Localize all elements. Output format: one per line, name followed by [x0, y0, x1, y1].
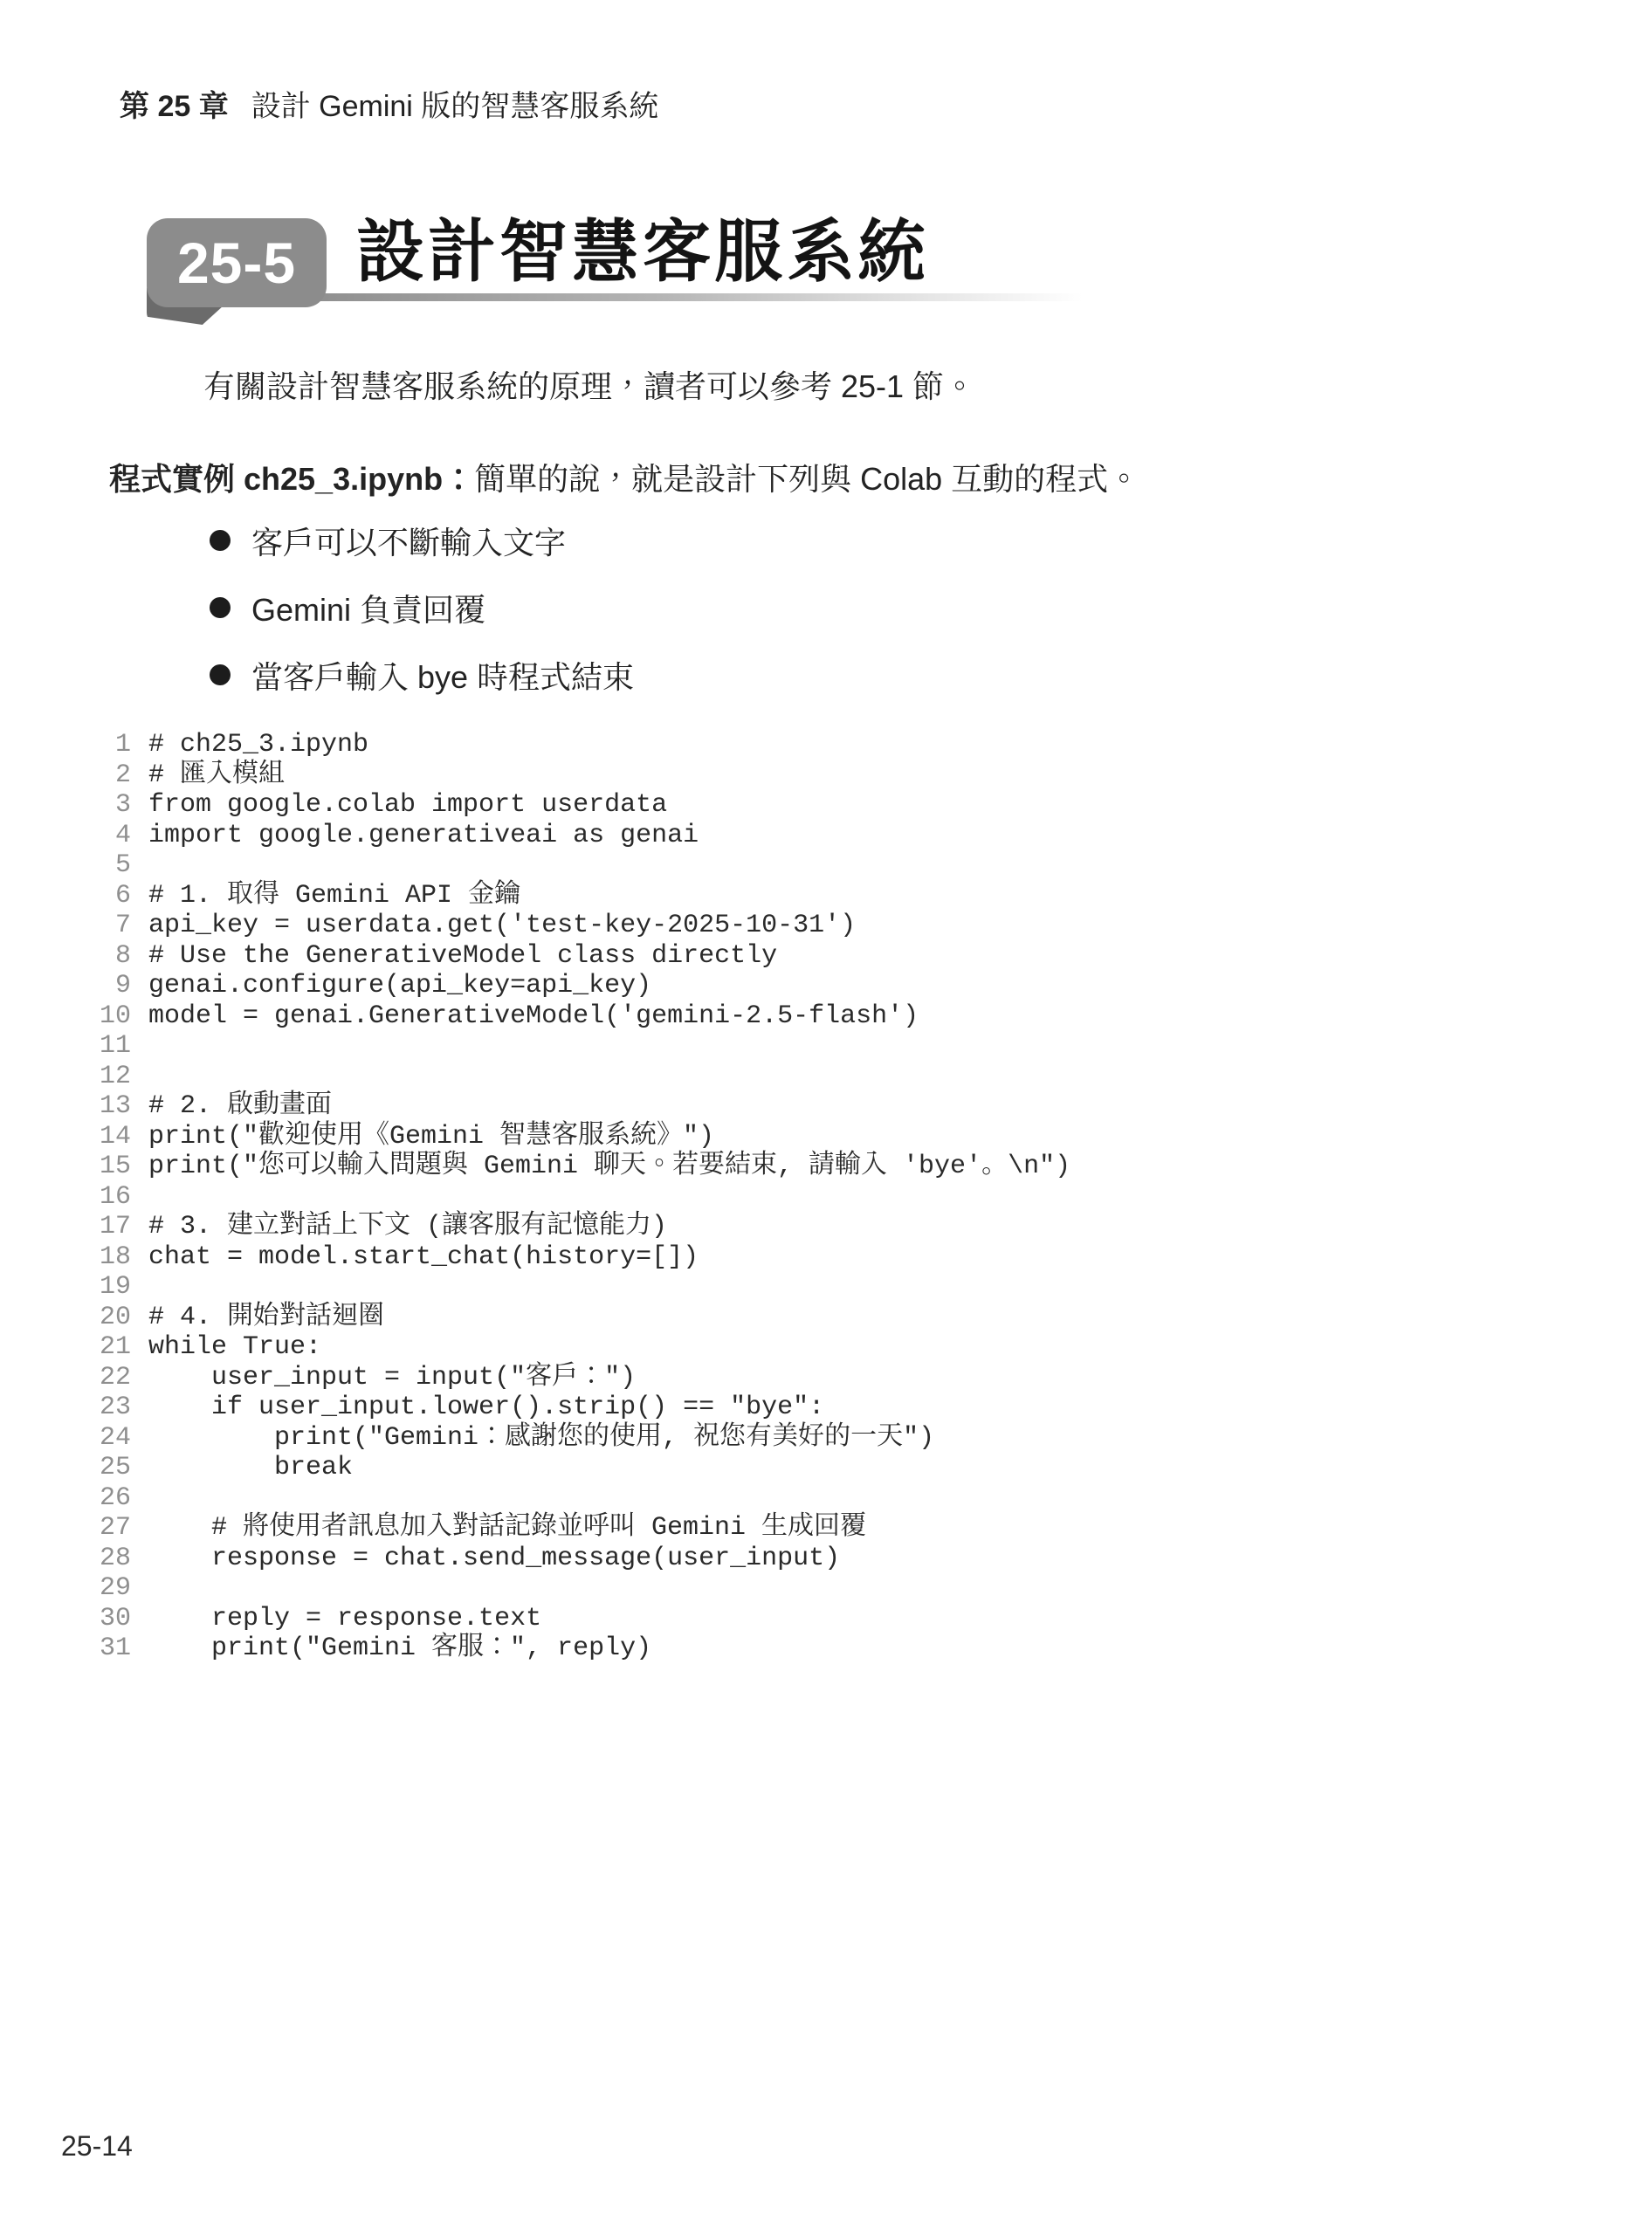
code-text: # 2. 啟動畫面: [148, 1091, 332, 1122]
bullet-text: 當客戶輸入 bye 時程式結束: [251, 653, 634, 698]
line-number: 16: [87, 1182, 148, 1213]
code-line: 11: [87, 1031, 1070, 1062]
line-number: 1: [87, 730, 148, 760]
line-number: 23: [87, 1393, 148, 1423]
line-number: 28: [87, 1544, 148, 1574]
line-number: 11: [87, 1031, 148, 1062]
code-line: 8# Use the GenerativeModel class directl…: [87, 941, 1070, 972]
code-line: 5: [87, 850, 1070, 881]
code-line: 23 if user_input.lower().strip() == "bye…: [87, 1393, 1070, 1423]
code-text: chat = model.start_chat(history=[]): [148, 1242, 699, 1273]
code-text: genai.configure(api_key=api_key): [148, 971, 651, 1001]
bullet-list: 客戶可以不斷輸入文字Gemini 負責回覆當客戶輸入 bye 時程式結束: [210, 519, 634, 720]
code-line: 4import google.generativeai as genai: [87, 821, 1070, 851]
line-number: 30: [87, 1604, 148, 1634]
code-text: import google.generativeai as genai: [148, 821, 699, 851]
code-line: 6# 1. 取得 Gemini API 金鑰: [87, 881, 1070, 911]
line-number: 8: [87, 941, 148, 972]
code-text: # 3. 建立對話上下文 (讓客服有記憶能力): [148, 1212, 667, 1242]
line-number: 25: [87, 1453, 148, 1483]
code-text: print("Gemini：感謝您的使用, 祝您有美好的一天"): [148, 1423, 934, 1454]
code-text: api_key = userdata.get('test-key-2025-10…: [148, 911, 856, 941]
code-line: 25 break: [87, 1453, 1070, 1483]
line-number: 6: [87, 881, 148, 911]
bullet-icon: [210, 530, 231, 551]
code-line: 9genai.configure(api_key=api_key): [87, 971, 1070, 1001]
code-line: 30 reply = response.text: [87, 1604, 1070, 1634]
code-text: if user_input.lower().strip() == "bye":: [148, 1393, 824, 1423]
bullet-item: 客戶可以不斷輸入文字: [210, 519, 634, 562]
line-number: 15: [87, 1152, 148, 1182]
section-title: 設計智慧客服系統: [356, 206, 929, 297]
code-line: 13# 2. 啟動畫面: [87, 1091, 1070, 1122]
bullet-text: 客戶可以不斷輸入文字: [251, 519, 566, 563]
line-number: 27: [87, 1513, 148, 1544]
chapter-label: 第 25 章: [120, 90, 229, 123]
example-label: 程式實例 ch25_3.ipynb：: [109, 461, 474, 497]
code-text: # 1. 取得 Gemini API 金鑰: [148, 881, 520, 911]
bullet-item: Gemini 負責回覆: [210, 586, 634, 629]
code-text: break: [148, 1453, 353, 1483]
code-line: 15print("您可以輸入問題與 Gemini 聊天。若要結束, 請輸入 'b…: [87, 1152, 1070, 1182]
line-number: 7: [87, 911, 148, 941]
line-number: 3: [87, 790, 148, 821]
code-line: 14print("歡迎使用《Gemini 智慧客服系統》"): [87, 1122, 1070, 1152]
code-listing: 1# ch25_3.ipynb2# 匯入模組3from google.colab…: [87, 730, 1070, 1664]
line-number: 22: [87, 1363, 148, 1393]
code-text: print("Gemini 客服：", reply): [148, 1633, 651, 1664]
line-number: 21: [87, 1332, 148, 1363]
line-number: 10: [87, 1001, 148, 1032]
code-line: 22 user_input = input("客戶："): [87, 1363, 1070, 1393]
line-number: 4: [87, 821, 148, 851]
line-number: 9: [87, 971, 148, 1001]
code-line: 29: [87, 1573, 1070, 1604]
line-number: 5: [87, 850, 148, 881]
code-line: 16: [87, 1182, 1070, 1213]
code-text: from google.colab import userdata: [148, 790, 667, 821]
section-number: 25-5: [177, 230, 296, 296]
example-line: 程式實例 ch25_3.ipynb：簡單的說，就是設計下列與 Colab 互動的…: [109, 457, 1139, 501]
code-line: 3from google.colab import userdata: [87, 790, 1070, 821]
bullet-icon: [210, 664, 231, 685]
code-line: 12: [87, 1062, 1070, 1092]
example-description: 簡單的說，就是設計下列與 Colab 互動的程式。: [474, 461, 1139, 497]
line-number: 12: [87, 1062, 148, 1092]
code-line: 31 print("Gemini 客服：", reply): [87, 1633, 1070, 1664]
code-line: 17# 3. 建立對話上下文 (讓客服有記憶能力): [87, 1212, 1070, 1242]
line-number: 24: [87, 1423, 148, 1454]
book-page: 第 25 章設計 Gemini 版的智慧客服系統 25-5 設計智慧客服系統 有…: [0, 0, 1652, 2235]
line-number: 17: [87, 1212, 148, 1242]
code-text: # Use the GenerativeModel class directly: [148, 941, 777, 972]
code-text: # 4. 開始對話迴圈: [148, 1303, 384, 1333]
code-text: reply = response.text: [148, 1604, 541, 1634]
line-number: 13: [87, 1091, 148, 1122]
line-number: 29: [87, 1573, 148, 1604]
code-text: # 匯入模組: [148, 760, 285, 791]
line-number: 14: [87, 1122, 148, 1152]
code-line: 18chat = model.start_chat(history=[]): [87, 1242, 1070, 1273]
code-line: 19: [87, 1272, 1070, 1303]
code-text: print("您可以輸入問題與 Gemini 聊天。若要結束, 請輸入 'bye…: [148, 1152, 1070, 1182]
bullet-icon: [210, 597, 231, 618]
bullet-text: Gemini 負責回覆: [251, 586, 485, 630]
line-number: 31: [87, 1633, 148, 1664]
code-text: # 將使用者訊息加入對話記錄並呼叫 Gemini 生成回覆: [148, 1513, 866, 1544]
line-number: 2: [87, 760, 148, 791]
code-line: 1# ch25_3.ipynb: [87, 730, 1070, 760]
code-text: print("歡迎使用《Gemini 智慧客服系統》"): [148, 1122, 714, 1152]
line-number: 19: [87, 1272, 148, 1303]
code-line: 26: [87, 1483, 1070, 1514]
chapter-title: 設計 Gemini 版的智慧客服系統: [251, 90, 659, 123]
code-line: 28 response = chat.send_message(user_inp…: [87, 1544, 1070, 1574]
code-text: response = chat.send_message(user_input): [148, 1544, 840, 1574]
intro-paragraph: 有關設計智慧客服系統的原理，讀者可以參考 25-1 節。: [203, 365, 975, 409]
code-text: user_input = input("客戶："): [148, 1363, 636, 1393]
code-line: 20# 4. 開始對話迴圈: [87, 1303, 1070, 1333]
code-text: model = genai.GenerativeModel('gemini-2.…: [148, 1001, 919, 1032]
section-number-badge: 25-5: [147, 218, 327, 307]
line-number: 26: [87, 1483, 148, 1514]
code-line: 7api_key = userdata.get('test-key-2025-1…: [87, 911, 1070, 941]
code-line: 10model = genai.GenerativeModel('gemini-…: [87, 1001, 1070, 1032]
bullet-item: 當客戶輸入 bye 時程式結束: [210, 653, 634, 697]
code-line: 21while True:: [87, 1332, 1070, 1363]
line-number: 18: [87, 1242, 148, 1273]
line-number: 20: [87, 1303, 148, 1333]
page-number: 25-14: [61, 2130, 133, 2163]
code-line: 2# 匯入模組: [87, 760, 1070, 791]
code-line: 24 print("Gemini：感謝您的使用, 祝您有美好的一天"): [87, 1423, 1070, 1454]
code-text: # ch25_3.ipynb: [148, 730, 368, 760]
code-text: while True:: [148, 1332, 321, 1363]
running-header: 第 25 章設計 Gemini 版的智慧客服系統: [120, 87, 658, 126]
code-line: 27 # 將使用者訊息加入對話記錄並呼叫 Gemini 生成回覆: [87, 1513, 1070, 1544]
